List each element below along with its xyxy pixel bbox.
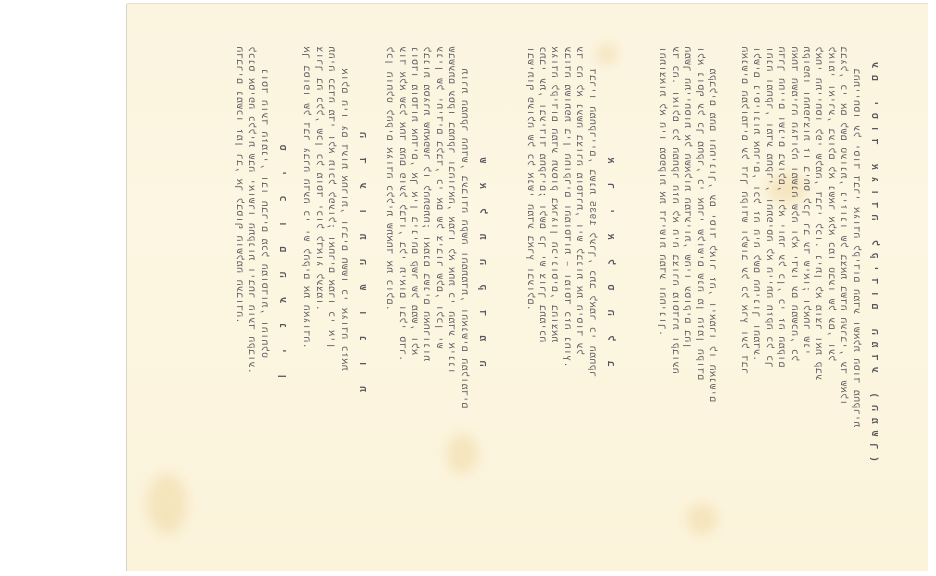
text-line: עד כה. ואולם כל המחקר הזה לא היה בצורה מ…	[668, 46, 680, 471]
document-section: ס י כ ו ם ה ע נ י ןנוסד הועד הזמני, ובו …	[232, 46, 288, 471]
text-line: ובשיתוף פעולה של כל אנשי המדע בארץ ובעול…	[523, 46, 535, 471]
document-section: ה ד ע ו ת ה ש ו נ ו תאולם היו גם דעות אח…	[300, 46, 368, 471]
text-line: דבריו המחקריים, בשנת 1935 לערך, כתב לאמר…	[585, 46, 597, 471]
text-line: בבגל, כי אם לשם טעונת, ניזונו של בצאת בש…	[837, 46, 849, 471]
section-heading: ש א ל ת ה ק ד מ ה	[476, 46, 488, 471]
text-line: לכנס אסיפה כללית שבה יאושרו התקנות ויבחר…	[245, 46, 257, 471]
text-line: תהיה כבדה מדי ולא תוכל לפעול; ואחרים אמר…	[325, 46, 337, 471]
text-line: הדברים נמשכו זמן רב, אך לבסוף הושלמה העב…	[232, 46, 244, 471]
text-line: לאומי ואירע, בעולם לא נשאר אלא כמו טבעו …	[824, 46, 836, 471]
page-content: עם יסוד אגודה לקידום המדע (המשך)בהתייחסו…	[127, 4, 928, 571]
text-line: ולשים ניסיונות אחרים, וכל זה היה לשם החי…	[750, 46, 762, 471]
text-line: ענין של יחידים בלבד, כי אם של ציבור שלם,…	[432, 46, 444, 471]
document-section: א ר י א ל ס ה ל בדבריו המחקריים, בשנת 19…	[523, 46, 616, 471]
document-section: עם יסוד אגודה לקידום המדע (המשך)בהתייחסו…	[738, 46, 880, 471]
text-line: עד כה לא נעשה בצורה מוסדרת, ויש לבנות את…	[573, 46, 585, 471]
text-line: לבנות מסגרת שתאפשר לו להתפתח; ואמנם בשני…	[420, 46, 432, 471]
section-heading: עם יסוד אגודה לקידום המדע (המשך)	[868, 46, 880, 471]
text-line: הדרך החיים ושנים בעולם, ולא יותר על כן, …	[775, 46, 787, 471]
text-line: אגודה לקידום המדע תעסוק בארגון הכינוסים,…	[548, 46, 560, 471]
text-line: נוסד הועד הזמני, ובו חברים מכל המוסדות, …	[257, 46, 269, 471]
section-heading: ה ד ע ו ת ה ש ו נ ו ת	[356, 46, 368, 471]
document-section: ש א ל ת ה ק ד מ התורת המחקר החדש, בעבודה…	[383, 46, 488, 471]
text-line: לכן הוחלט להקים אגודה כללית שתאחד את כול…	[383, 46, 395, 471]
document-section: מקבלים מהם והחינוך, עם יסוד לאור זה, ויא…	[656, 46, 718, 471]
text-line: האנשים המלומדים על דרך הקודש ולשוב על כל…	[738, 46, 750, 471]
text-line: אולם היו גם דעות אחרות, ורבים חששו כי אג…	[337, 46, 349, 471]
section-heading: ס י כ ו ם ה ע נ י ן	[276, 46, 288, 471]
text-line: המשך התייחסות אל השאלות המדעיות, שהיו עס…	[681, 46, 693, 471]
text-line: כתבי עת, ובעידוד מחקרים; ולשם כך יש צורך…	[536, 46, 548, 471]
text-line: עבודה משותפת בין החוקרים והמוסדות – ומוס…	[560, 46, 572, 471]
text-line: והתוצאות לא היו מספקות את דרישות המדע וה…	[656, 46, 668, 471]
text-line: מקבלים מהם והחינוך, עם יסוד לאור זה, ויא…	[706, 46, 718, 471]
text-line: אך בסופו של דבר גברה הדעה כי יש להקים את…	[300, 46, 312, 471]
text-line: לאחי התייחסו לפי שלמה, דברי לכו. ניתן לא…	[812, 46, 824, 471]
section-heading: א ר י א ל ס ה ל ב	[604, 46, 616, 471]
text-line: שבשעתם עסקו במחקר ובהוראה, אמרו לא אחת כ…	[445, 46, 457, 471]
text-line: ולא נוסף על כך מחקר, כי אחרי שלושים שנה …	[693, 46, 705, 471]
document-viewer: עם יסוד אגודה לקידום המדע (המשך)בהתייחסו…	[0, 0, 936, 576]
text-line: והנה ומחקר, ומדע מחקרי, והתפיסה לא הייתה…	[762, 46, 774, 471]
text-line: האחד השמירה הגדולה ומשנה שלה ולא ידעו עם…	[787, 46, 799, 471]
text-line: תורת המחקר החדש, בעבודה הקשה והמתמדת, וה…	[457, 46, 469, 471]
scanned-page: עם יסוד אגודה לקידום המדע (המשך)בהתייחסו…	[127, 4, 928, 571]
text-line: נוסדו מוסדות אחדים, אך אין ביניהם קשר של…	[408, 46, 420, 471]
text-line: בהתייחסו על יסוד דברי אגודה לקידום המדע …	[849, 46, 861, 471]
text-line: תקופתו והתפרצות זו ביחס לכך רב עד שיאו; …	[800, 46, 812, 471]
text-line: עוד אלא שכל אחד מהם פועל לבדו, בלי תיאום…	[395, 46, 407, 471]
text-line: צורך בה כלל, שכן כל מוסד יכול לדאוג לעצמ…	[312, 46, 324, 471]
